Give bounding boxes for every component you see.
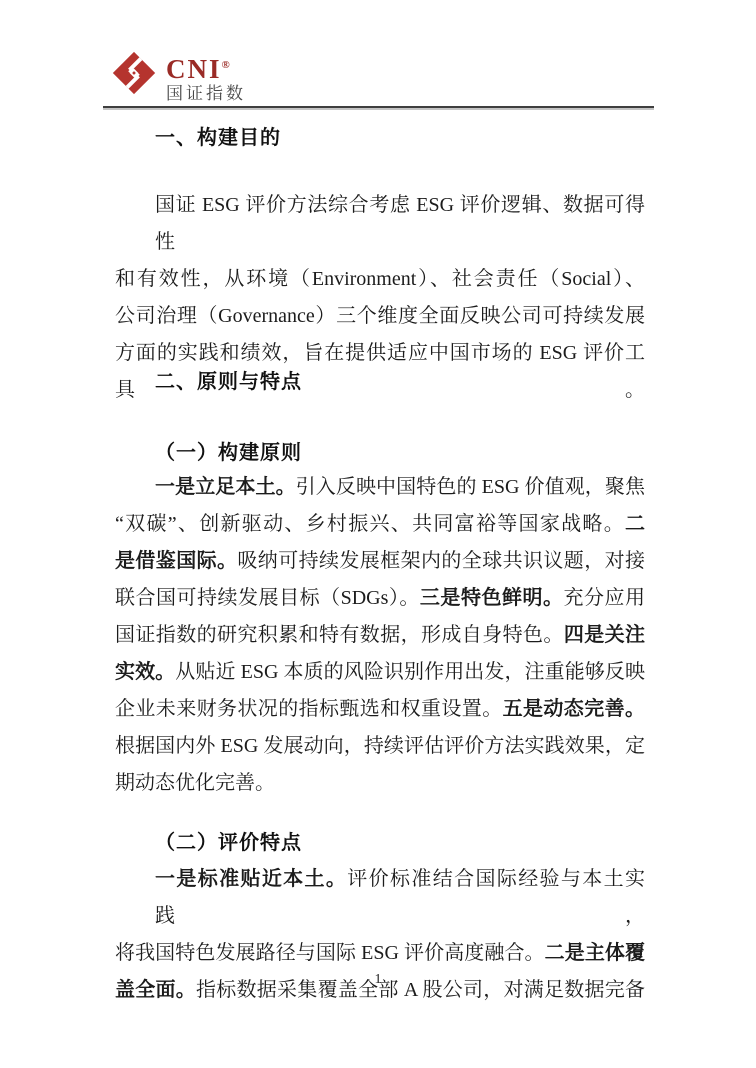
text-run: 充分应用 <box>563 587 645 609</box>
text-run: 企业未来财务状况的指标甄选和权重设置。 <box>115 698 503 720</box>
subsection-heading-features: （二）评价特点 <box>115 830 685 856</box>
text-run: 和有效性，从环境（Environment）、社会责任（Social）、 <box>115 268 645 290</box>
text-run-bold: 四是关注 <box>564 624 645 646</box>
text-run-bold: 实效。 <box>115 661 175 683</box>
text-line: 国证 ESG 评价方法综合考虑 ESG 评价逻辑、数据可得性 <box>115 187 645 261</box>
text-line: 一是立足本土。引入反映中国特色的 ESG 价值观，聚焦 <box>115 469 645 506</box>
brand-text-block: CNI® 国证指数 <box>166 50 246 104</box>
text-run: 国证指数的研究积累和特有数据，形成自身特色。 <box>115 624 564 646</box>
text-line: 联合国可持续发展目标（SDGs）。三是特色鲜明。充分应用 <box>115 580 645 617</box>
text-run: 国证 ESG 评价方法综合考虑 ESG 评价逻辑、数据可得性 <box>155 194 645 253</box>
text-line: 期动态优化完善。 <box>115 765 645 802</box>
page-number: 1 <box>0 971 756 989</box>
header-rule <box>103 106 654 108</box>
brand-name-text: CNI <box>166 54 222 84</box>
brand-name: CNI® <box>166 52 246 83</box>
text-line: 公司治理（Governance）三个维度全面反映公司可持续发展 <box>115 298 645 335</box>
text-line: 根据国内外 ESG 发展动向，持续评估评价方法实践效果，定 <box>115 728 645 765</box>
text-run: 根据国内外 ESG 发展动向，持续评估评价方法实践效果，定 <box>115 735 645 757</box>
text-line: 将我国特色发展路径与国际 ESG 评价高度融合。二是主体覆 <box>115 935 645 972</box>
text-run: 公司治理（Governance）三个维度全面反映公司可持续发展 <box>115 305 645 327</box>
document-page: { "logo": { "brand": "CNI", "registered"… <box>0 0 756 1068</box>
text-run-bold: 三是特色鲜明。 <box>420 587 564 609</box>
text-run: 引入反映中国特色的 ESG 价值观，聚焦 <box>296 476 645 498</box>
text-line: 一是标准贴近本土。评价标准结合国际经验与本土实践， <box>115 861 645 935</box>
text-run-bold: 二是主体覆 <box>545 942 645 964</box>
paragraph-principles: 一是立足本土。引入反映中国特色的 ESG 价值观，聚焦 “双碳”、创新驱动、乡村… <box>115 469 645 802</box>
registered-mark: ® <box>222 59 230 71</box>
text-line: 企业未来财务状况的指标甄选和权重设置。五是动态完善。 <box>115 691 645 728</box>
text-run: 期动态优化完善。 <box>115 772 275 794</box>
subsection-heading-principles: （一）构建原则 <box>115 440 685 466</box>
text-line: 实效。从贴近 ESG 本质的风险识别作用出发，注重能够反映 <box>115 654 645 691</box>
text-run-bold: 一是标准贴近本土。 <box>155 868 347 890</box>
section-heading-2: 二、原则与特点 <box>115 369 685 395</box>
cni-logo-icon <box>112 50 156 96</box>
text-run-bold: 二 <box>625 513 645 535</box>
text-line: “双碳”、创新驱动、乡村振兴、共同富裕等国家战略。二 <box>115 506 645 543</box>
text-line: 和有效性，从环境（Environment）、社会责任（Social）、 <box>115 261 645 298</box>
text-run: “双碳”、创新驱动、乡村振兴、共同富裕等国家战略。 <box>115 513 625 535</box>
cni-logo: CNI® 国证指数 <box>112 50 246 104</box>
text-run: 将我国特色发展路径与国际 ESG 评价高度融合。 <box>115 942 545 964</box>
text-line: 国证指数的研究积累和特有数据，形成自身特色。四是关注 <box>115 617 645 654</box>
text-run: 从贴近 ESG 本质的风险识别作用出发，注重能够反映 <box>175 661 645 683</box>
text-run-bold: 一是立足本土。 <box>155 476 296 498</box>
section-heading-1: 一、构建目的 <box>115 125 685 151</box>
text-line: 是借鉴国际。吸纳可持续发展框架内的全球共识议题，对接 <box>115 543 645 580</box>
brand-name-chinese: 国证指数 <box>166 84 246 104</box>
text-run: 吸纳可持续发展框架内的全球共识议题，对接 <box>237 550 645 572</box>
text-run-bold: 是借鉴国际。 <box>115 550 237 572</box>
text-run-bold: 五是动态完善。 <box>503 698 645 720</box>
text-run: 联合国可持续发展目标（SDGs）。 <box>115 587 420 609</box>
